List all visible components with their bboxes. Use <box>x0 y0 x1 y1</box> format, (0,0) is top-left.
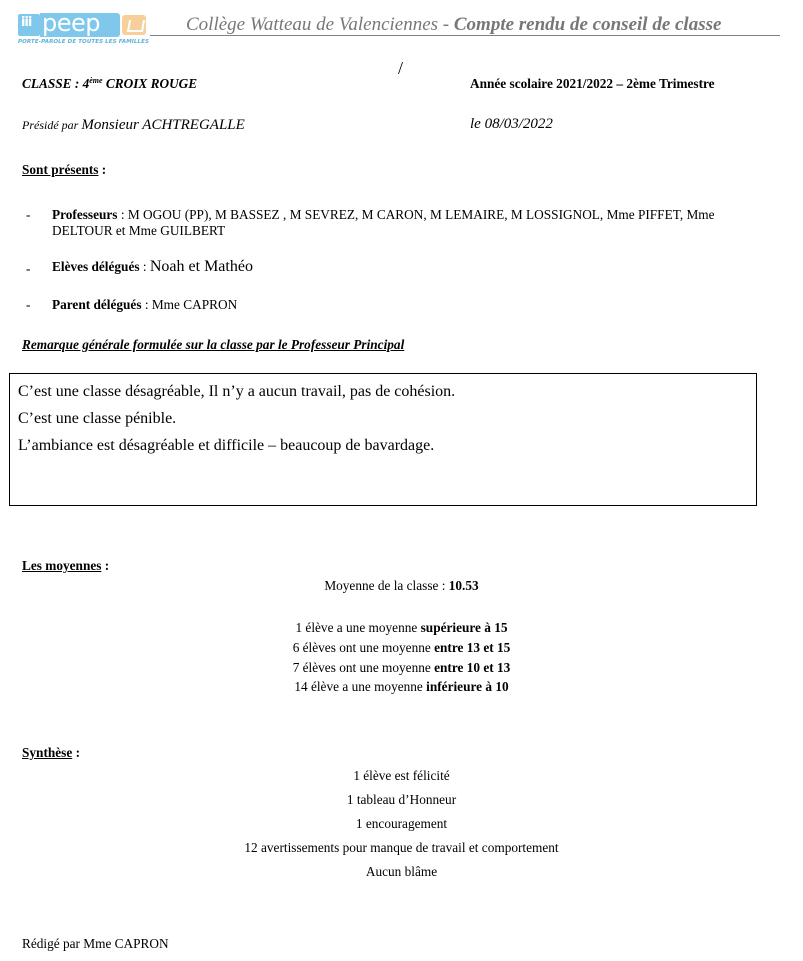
moyenne-line: 1 élève a une moyenne supérieure à 15 <box>0 620 803 636</box>
logo-tagline: PORTE-PAROLE DE TOUTES LES FAMILLES <box>18 39 149 45</box>
remarque-line: L’ambiance est désagréable et difficile … <box>18 437 434 455</box>
classe-label: CLASSE : 4ème CROIX ROUGE <box>22 76 197 92</box>
remarque-box: C’est une classe désagréable, Il n’y a a… <box>9 373 757 506</box>
synthese-line: Aucun blâme <box>0 864 803 880</box>
moyenne-classe: Moyenne de la classe : 10.53 <box>0 578 803 594</box>
moyennes-heading: Les moyennes : <box>22 558 109 574</box>
stray-slash: / <box>398 58 403 79</box>
synthese-line: 1 tableau d’Honneur <box>0 792 803 808</box>
moyenne-line: 7 élèves ont une moyenne entre 10 et 13 <box>0 660 803 676</box>
redige-par: Rédigé par Mme CAPRON <box>22 936 169 952</box>
synthese-line: 1 encouragement <box>0 816 803 832</box>
annee-scolaire: Année scolaire 2021/2022 – 2ème Trimestr… <box>470 76 715 92</box>
synthese-heading: Synthèse : <box>22 745 80 761</box>
moyenne-line: 14 élève a une moyenne inférieure à 10 <box>0 679 803 695</box>
synthese-line: 1 élève est félicité <box>0 768 803 784</box>
remarque-line: C’est une classe désagréable, Il n’y a a… <box>18 383 455 401</box>
moyenne-line: 6 élèves ont une moyenne entre 13 et 15 <box>0 640 803 656</box>
family-figures-icon: ⅲ <box>18 14 40 36</box>
document-header-title: Collège Watteau de Valenciennes - Compte… <box>186 14 721 36</box>
logo-word: peep <box>40 13 120 37</box>
book-icon <box>122 15 146 35</box>
remarque-heading: Remarque générale formulée sur la classe… <box>22 337 404 353</box>
conseil-date: le 08/03/2022 <box>470 116 553 133</box>
remarque-line: C’est une classe pénible. <box>18 410 176 428</box>
synthese-line: 12 avertissements pour manque de travail… <box>0 840 803 856</box>
header-divider <box>150 35 780 36</box>
preside-par: Présidé par Monsieur ACHTREGALLE <box>22 117 245 134</box>
peep-logo: ⅲ peep PORTE-PAROLE DE TOUTES LES FAMILL… <box>18 13 146 47</box>
presents-heading: Sont présents : <box>22 162 106 178</box>
